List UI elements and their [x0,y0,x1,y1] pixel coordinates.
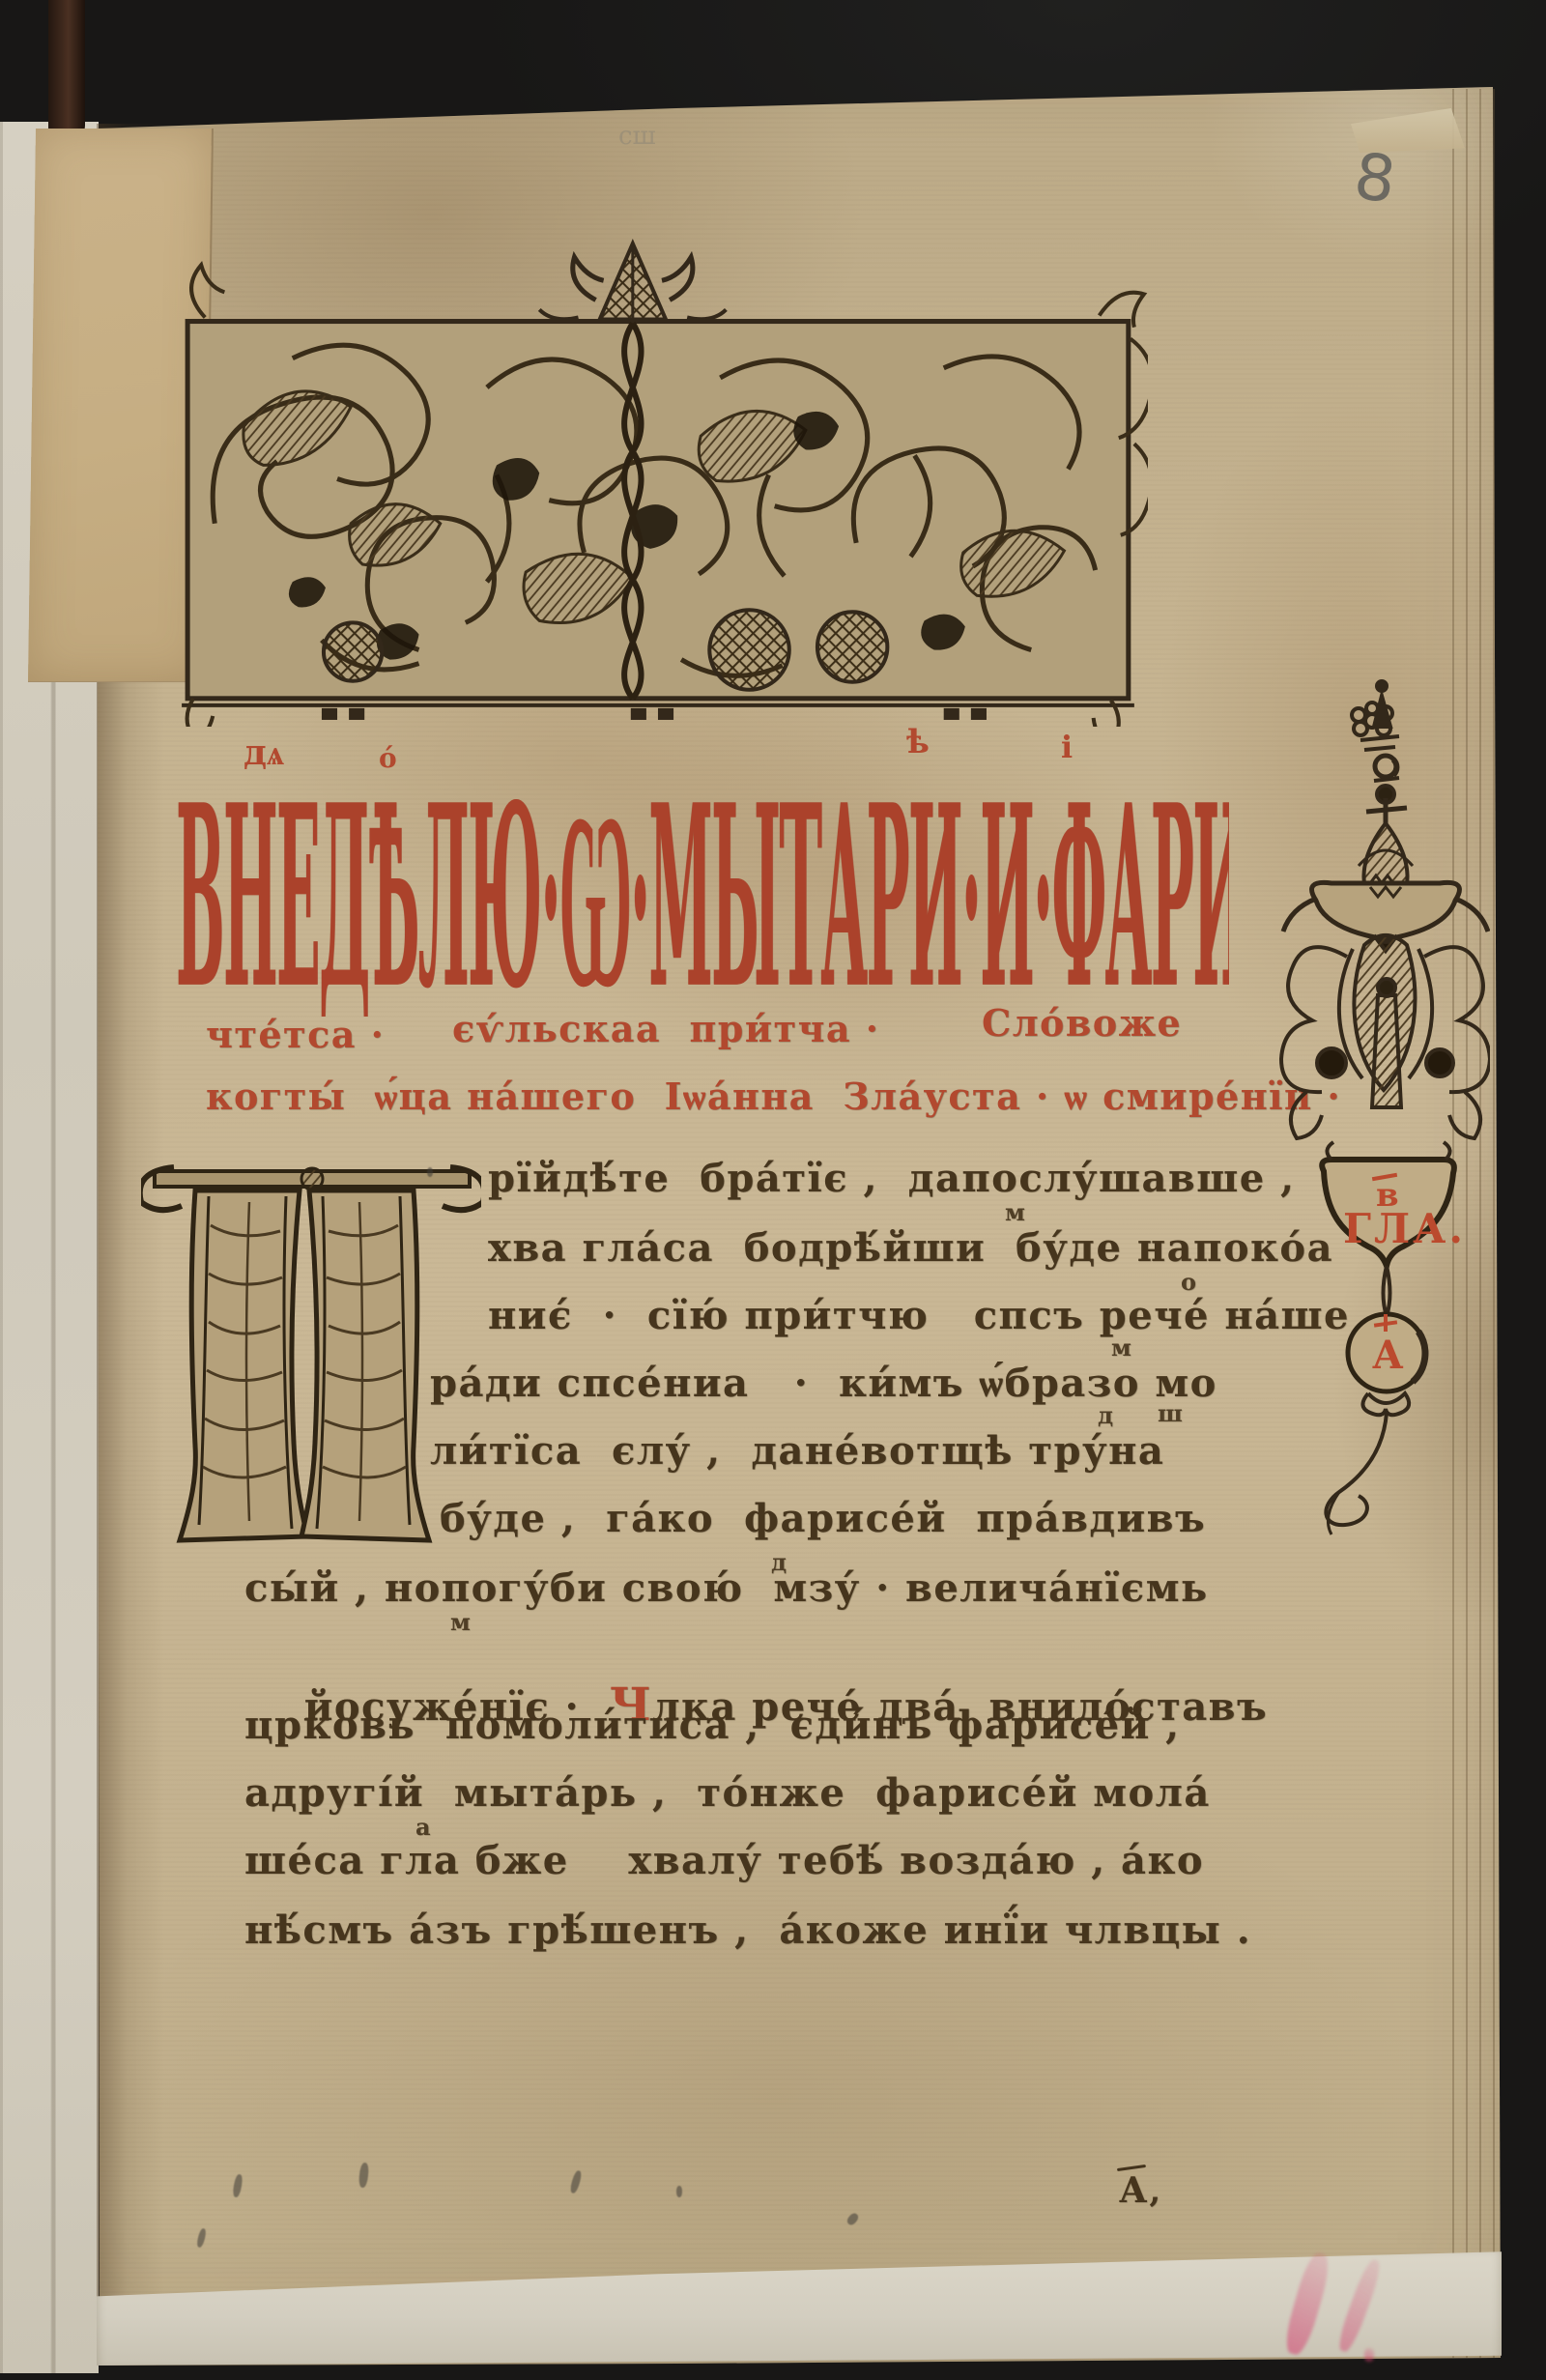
pink-stain [1364,2348,1374,2362]
chapter-word: ГЛА. [1343,1205,1466,1252]
acanthus-rosette [1281,935,1490,1138]
quire-mark: А‚ [1119,2170,1162,2211]
headpiece-feet [322,708,987,720]
body-line: хва гла́са бодрѣ́йши бу́де напоко́а [488,1225,1333,1271]
margin-finial-ornament: в ГЛА. А [1239,676,1490,1546]
superscript-letter: д [1098,1401,1115,1429]
superscript-letter: м [1111,1333,1132,1362]
body-line: црковь помоли́тиса , єди́нъ фарисе́й , [244,1703,1181,1748]
superscript-letter: ш [1158,1399,1184,1427]
binding-spine [48,0,85,137]
superscript-letter: а [415,1813,432,1841]
sub-letter: А [1372,1333,1404,1378]
rubric-line1-part3: Сло́воже [982,1001,1182,1045]
body-line: сы́й , нопогу́би свою́ мзу́ · велича́нїє… [244,1565,1209,1611]
rubric-line1-part1: чте́тса · [206,1013,385,1056]
rubric-line2: когты́ ѡ́ца на́шего Іѡа́нна Зла́уста · ѡ… [206,1075,1341,1119]
body-line: ли́тїса єлу́ , дане́вотщѣ тру́на [430,1428,1164,1474]
knot-bow [1362,1393,1409,1415]
superscript-letter: м [450,1608,472,1636]
rubric-line1-part2: єѵ́льскаа при́тча · [452,1007,879,1050]
headpiece-ornament [176,232,1148,727]
decorated-initial-P [141,1158,481,1560]
body-line: ра́ди спсе́ниа · ки́мъ ѡ́бразо мо [430,1361,1217,1406]
spire-flower [1352,703,1392,735]
vyaz-title: ВНЕДѢЛЮ·Ѡ·МЫТАРИ·И·ФАРИСЕИ·ВНЮЖЕ [176,785,1229,1017]
ornament-tail [1326,1413,1387,1525]
body-line: адругі́й мыта́рь , то́нже фарисе́й мола́ [244,1770,1211,1816]
manuscript-scan: 8 сш дѧ о́ ѣ і ВНЕДѢЛЮ·Ѡ·МЫТАРИ·И·ФАРИСЕ… [0,0,1546,2380]
body-line: нѣ́смъ а́зъ грѣ́шенъ , а́коже инї́и члвц… [244,1907,1251,1953]
superscript-letter: м [1005,1198,1026,1226]
ink-speck [676,2186,682,2197]
red-flourish: ѣ [906,723,930,761]
crown-finial [539,244,726,319]
red-flourish: дѧ [243,732,284,773]
body-line: ниє́ · сїю́ при́тчю спсъ рече́ на́ше [488,1293,1350,1338]
body-line: ше́са гла бже хвалу́ тебѣ́ возда́ю , а́к… [244,1838,1204,1883]
body-line: рїйдѣ́те бра́тїє , дапослу́шавше , [488,1156,1296,1201]
superscript-letter: д [771,1548,788,1576]
ink-speck [427,1167,433,1177]
vyaz-title-text: ВНЕДѢЛЮ·Ѡ·МЫТАРИ·И·ФАРИСЕИ·ВНЮЖЕ [176,785,1229,1011]
red-flourish: о́ [379,742,397,774]
superscript-letter: о [1181,1268,1198,1296]
red-flourish: і [1061,729,1073,765]
pencil-note: сш [618,122,656,151]
bell-flower [1312,882,1460,939]
body-line: бу́де , га́ко фарисе́й пра́вдивъ [440,1496,1206,1541]
